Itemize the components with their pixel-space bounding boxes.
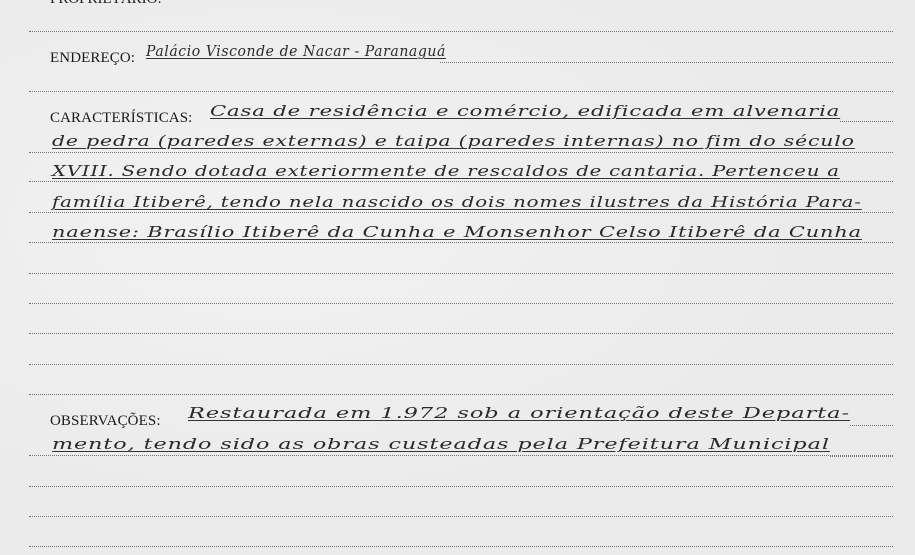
observacoes-line-2: mento, tendo sido as obras custeadas pel… (52, 437, 830, 453)
dotted-rule (29, 333, 893, 334)
dotted-rule (29, 486, 893, 487)
dotted-rule (29, 455, 893, 456)
caracteristicas-label: CARACTERÍSTICAS: (50, 110, 192, 127)
dotted-rule (29, 364, 893, 365)
caracteristicas-line-5: naense: Brasílio Itiberê da Cunha e Mons… (52, 225, 862, 241)
dotted-rule (830, 456, 893, 457)
dotted-rule (29, 242, 893, 243)
dotted-rule (29, 516, 893, 517)
dotted-rule (29, 181, 893, 182)
proprietario-value-cut: ⌒⌒⌒⌒⌒⌒⌒⌒⌒⌒⌒⌒⌒⌒⌒⌒⌒⌒⌒⌒⌒⌒⌒ (200, 0, 545, 10)
caracteristicas-line-2: de pedra (paredes externas) e taipa (par… (52, 134, 855, 150)
endereco-label: ENDEREÇO: (50, 50, 135, 67)
dotted-rule (440, 62, 893, 63)
dotted-rule (29, 152, 893, 153)
observacoes-label: OBSERVAÇÕES: (50, 413, 161, 430)
dotted-rule (850, 425, 893, 426)
form-page: PROPRIETÁRIO: ⌒⌒⌒⌒⌒⌒⌒⌒⌒⌒⌒⌒⌒⌒⌒⌒⌒⌒⌒⌒⌒⌒⌒ EN… (0, 0, 915, 555)
dotted-rule (29, 546, 893, 547)
dotted-rule (29, 303, 893, 304)
dotted-rule (29, 91, 893, 92)
dotted-rule (29, 212, 893, 213)
dotted-rule (29, 394, 893, 395)
dotted-rule (840, 121, 893, 122)
dotted-rule (29, 31, 893, 32)
caracteristicas-line-3: XVIII. Sendo dotada exteriormente de res… (52, 164, 840, 180)
proprietario-label: PROPRIETÁRIO: (50, 0, 162, 8)
endereco-value: Palácio Visconde de Nacar - Paranaguá (146, 44, 446, 60)
caracteristicas-line-1: Casa de residência e comércio, edificada… (210, 104, 840, 120)
dotted-rule (29, 273, 893, 274)
caracteristicas-line-4: família Itiberê, tendo nela nascido os d… (52, 195, 862, 211)
observacoes-line-1: Restaurada em 1.972 sob a orientação des… (188, 406, 850, 422)
